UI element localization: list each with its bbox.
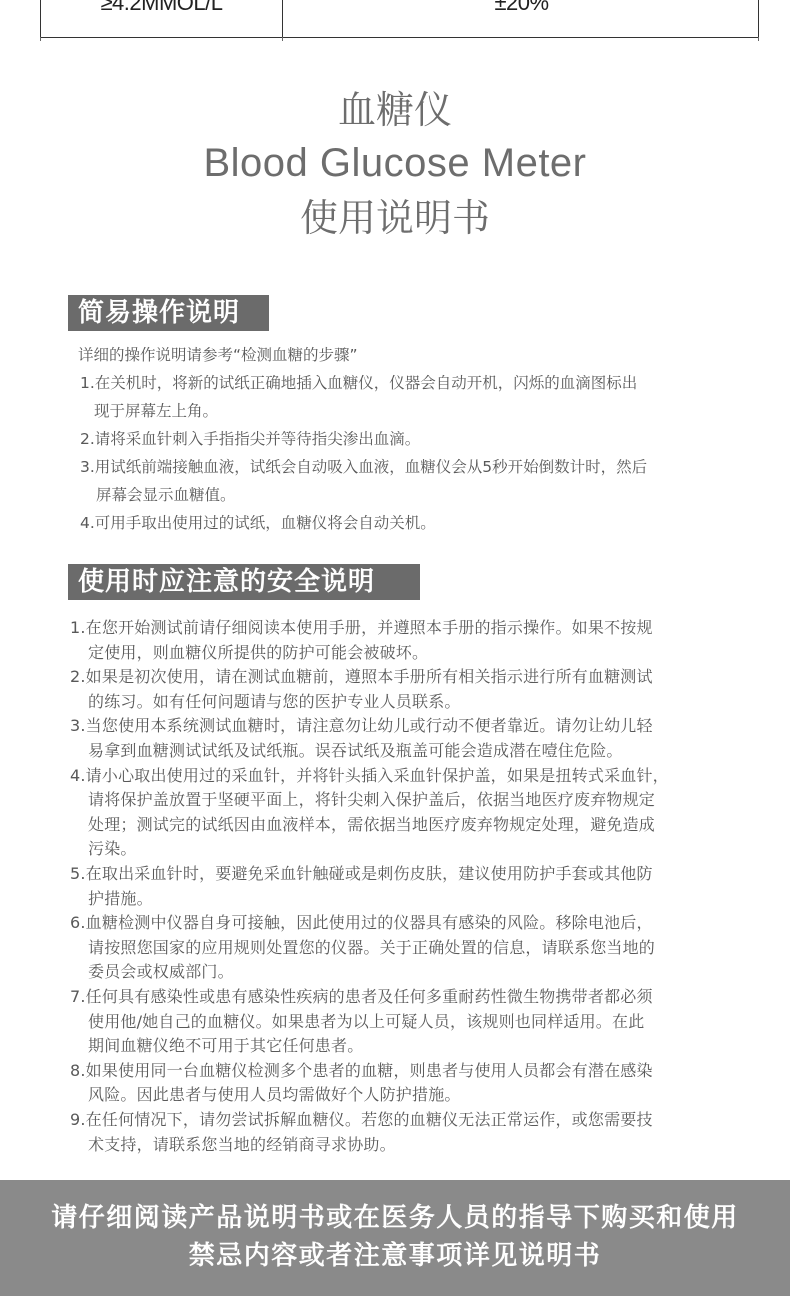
title-chinese: 血糖仪 [0, 84, 790, 136]
safety-item-cont: 污染。 [88, 836, 137, 861]
safety-item-cont: 风险。因此患者与使用人员均需做好个人防护措施。 [88, 1082, 461, 1107]
safety-item: 3.当您使用本系统测试血糖时，请注意勿让幼儿或行动不便者靠近。请勿让幼儿轻 [70, 713, 653, 738]
title-subtitle: 使用说明书 [0, 190, 790, 246]
safety-item: 2.如果是初次使用，请在测试血糖前，遵照本手册所有相关指示进行所有血糖测试 [70, 664, 653, 689]
safety-heading: 使用时应注意的安全说明 [68, 564, 420, 600]
safety-item-cont: 的练习。如有任何问题请与您的医护专业人员联系。 [88, 689, 461, 714]
safety-item-cont: 处理；测试完的试纸因由血液样本，需依据当地医疗废弃物规定处理，避免造成 [88, 812, 655, 837]
safety-item-cont: 使用他/她自己的血糖仪。如果患者为以上可疑人员，该规则也同样适用。在此 [88, 1009, 644, 1034]
safety-item: 4.请小心取出使用过的采血针，并将针头插入采血针保护盖，如果是扭转式采血针， [70, 763, 669, 788]
safety-item: 8.如果使用同一台血糖仪检测多个患者的血糖，则患者与使用人员都会有潜在感染 [70, 1058, 653, 1083]
quick-guide-heading: 简易操作说明 [68, 295, 269, 331]
safety-item-cont: 委员会或权威部门。 [88, 959, 234, 984]
safety-item: 7.任何具有感染性或患有感染性疾病的患者及任何多重耐药性微生物携带者都必须 [70, 984, 653, 1009]
safety-item-cont: 请按照您国家的应用规则处置您的仪器。关于正确处置的信息，请联系您当地的 [88, 935, 655, 960]
table-cell-range: ≥4.2MMOL/L [41, 0, 282, 16]
spec-table: ≥4.2MMOL/L ±20% [40, 0, 759, 38]
table-tick [282, 37, 283, 41]
quick-guide-step: 1.在关机时，将新的试纸正确地插入血糖仪，仪器会自动开机，闪烁的血滴图标出 [80, 371, 637, 396]
quick-guide-step-cont: 现于屏幕左上角。 [94, 399, 218, 424]
safety-item: 9.在任何情况下，请勿尝试拆解血糖仪。若您的血糖仪无法正常运作，或您需要技 [70, 1107, 653, 1132]
safety-item: 1.在您开始测试前请仔细阅读本使用手册，并遵照本手册的指示操作。如果不按规 [70, 615, 653, 640]
quick-guide-step: 3.用试纸前端接触血液，试纸会自动吸入血液，血糖仪会从5秒开始倒数计时，然后 [80, 455, 647, 480]
title-english: Blood Glucose Meter [0, 136, 790, 190]
quick-guide-step: 2.请将采血针刺入手指指尖并等待指尖渗出血滴。 [80, 427, 420, 452]
safety-item-cont: 术支持，请联系您当地的经销商寻求协助。 [88, 1132, 396, 1157]
footer-warning-banner: 请仔细阅读产品说明书或在医务人员的指导下购买和使用 禁忌内容或者注意事项详见说明… [0, 1180, 790, 1296]
safety-item: 6.血糖检测中仪器自身可接触，因此使用过的仪器具有感染的风险。移除电池后， [70, 910, 653, 935]
document-title: 血糖仪 Blood Glucose Meter 使用说明书 [0, 84, 790, 246]
safety-item-cont: 易拿到血糖测试试纸及试纸瓶。误吞试纸及瓶盖可能会造成潜在噎住危险。 [88, 738, 623, 763]
safety-item: 5.在取出采血针时，要避免采血针触碰或是刺伤皮肤，建议使用防护手套或其他防 [70, 861, 653, 886]
table-tick [758, 37, 759, 41]
table-tick [40, 37, 41, 41]
footer-line-1: 请仔细阅读产品说明书或在医务人员的指导下购买和使用 [0, 1200, 790, 1236]
safety-item-cont: 请将保护盖放置于坚硬平面上，将针尖刺入保护盖后，依据当地医疗废弃物规定 [88, 787, 655, 812]
quick-guide-intro: 详细的操作说明请参考“检测血糖的步骤” [78, 343, 358, 368]
safety-item-cont: 期间血糖仪绝不可用于其它任何患者。 [88, 1033, 363, 1058]
quick-guide-step-cont: 屏幕会显示血糖值。 [96, 483, 236, 508]
table-cell-tolerance: ±20% [283, 0, 760, 16]
safety-item-cont: 护措施。 [88, 886, 153, 911]
quick-guide-step: 4.可用手取出使用过的试纸，血糖仪将会自动关机。 [80, 511, 436, 536]
footer-line-2: 禁忌内容或者注意事项详见说明书 [0, 1238, 790, 1274]
safety-item-cont: 定使用，则血糖仪所提供的防护可能会被破坏。 [88, 640, 428, 665]
